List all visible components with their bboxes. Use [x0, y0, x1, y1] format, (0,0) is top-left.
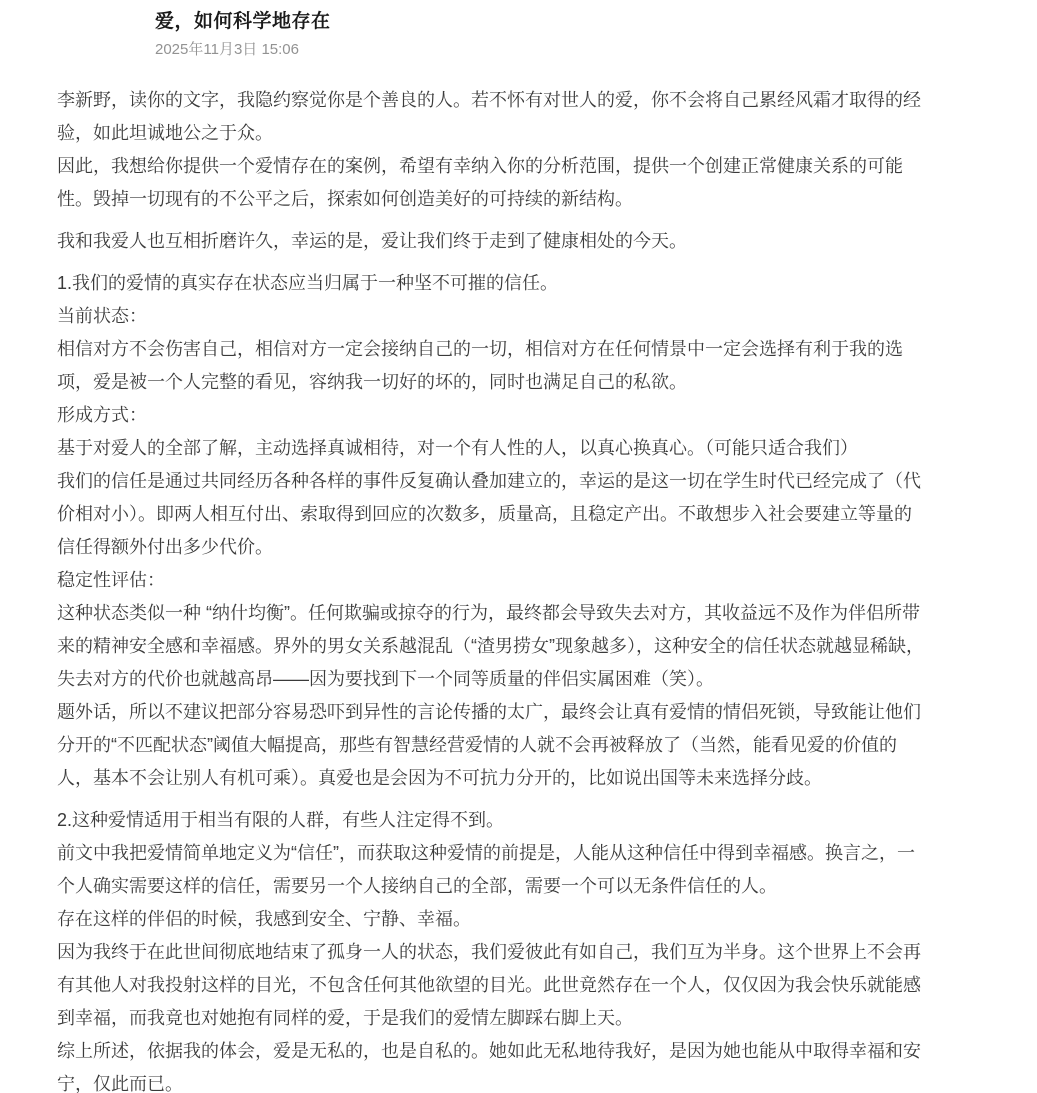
paragraph: 当前状态：	[57, 300, 981, 333]
paragraph: 综上所述，依据我的体会，爱是无私的，也是自私的。她如此无私地待我好，是因为她也能…	[57, 1035, 981, 1093]
text-line: 来的精神安全感和幸福感。界外的男女关系越混乱（“渣男捞女”现象越多），这种安全的…	[57, 630, 981, 663]
text-line: 我们的信任是通过共同经历各种各样的事件反复确认叠加建立的，幸运的是这一切在学生时…	[57, 465, 981, 498]
text-line: 这种状态类似一种 “纳什均衡”。任何欺骗或掠夺的行为，最终都会导致失去对方，其收…	[57, 597, 981, 630]
text-line: 项，爱是被一个人完整的看见，容纳我一切好的坏的，同时也满足自己的私欲。	[57, 366, 981, 399]
text-line: 失去对方的代价也就越高昂——因为要找到下一个同等质量的伴侣实属困难（笑）。	[57, 663, 981, 696]
text-line: 人，基本不会让别人有机可乘）。真爱也是会因为不可抗力分开的，比如说出国等未来选择…	[57, 762, 981, 795]
text-line: 个人确实需要这样的信任，需要另一个人接纳自己的全部，需要一个可以无条件信任的人。	[57, 870, 981, 903]
text-line: 形成方式：	[57, 399, 981, 432]
text-line: 信任得额外付出多少代价。	[57, 531, 981, 564]
text-line: 到幸福，而我竟也对她抱有同样的爱，于是我们的爱情左脚踩右脚上天。	[57, 1002, 981, 1035]
paragraph: 题外话，所以不建议把部分容易恐吓到异性的言论传播的太广，最终会让真有爱情的情侣死…	[57, 696, 981, 795]
text-line: 有其他人对我投射这样的目光，不包含任何其他欲望的目光。此世竟然存在一个人，仅仅因…	[57, 969, 981, 1002]
paragraph: 这种状态类似一种 “纳什均衡”。任何欺骗或掠夺的行为，最终都会导致失去对方，其收…	[57, 597, 981, 696]
paragraph: 因此，我想给你提供一个爱情存在的案例，希望有幸纳入你的分析范围，提供一个创建正常…	[57, 150, 981, 216]
note-body: 李新野，读你的文字，我隐约察觉你是个善良的人。若不怀有对世人的爱，你不会将自己累…	[57, 84, 981, 1093]
paragraph: 稳定性评估：	[57, 564, 981, 597]
text-line: 分开的“不匹配状态”阈值大幅提高，那些有智慧经营爱情的人就不会再被释放了（当然，…	[57, 729, 981, 762]
paragraph: 我们的信任是通过共同经历各种各样的事件反复确认叠加建立的，幸运的是这一切在学生时…	[57, 465, 981, 564]
text-line: 基于对爱人的全部了解，主动选择真诚相待，对一个有人性的人，以真心换真心。（可能只…	[57, 432, 981, 465]
paragraph: 1.我们的爱情的真实存在状态应当归属于一种坚不可摧的信任。	[57, 267, 981, 300]
paragraph: 2.这种爱情适用于相当有限的人群，有些人注定得不到。	[57, 804, 981, 837]
paragraph: 存在这样的伴侣的时候，我感到安全、宁静、幸福。	[57, 903, 981, 936]
note-timestamp: 2025年11月3日 15:06	[155, 41, 1037, 59]
paragraph: 李新野，读你的文字，我隐约察觉你是个善良的人。若不怀有对世人的爱，你不会将自己累…	[57, 84, 981, 150]
text-line: 稳定性评估：	[57, 564, 981, 597]
text-line: 验，如此坦诚地公之于众。	[57, 117, 981, 150]
paragraph: 我和我爱人也互相折磨许久，幸运的是，爱让我们终于走到了健康相处的今天。	[57, 225, 981, 258]
text-line: 因为我终于在此世间彻底地结束了孤身一人的状态，我们爱彼此有如自己，我们互为半身。…	[57, 936, 981, 969]
text-line: 因此，我想给你提供一个爱情存在的案例，希望有幸纳入你的分析范围，提供一个创建正常…	[57, 150, 981, 183]
paragraph: 基于对爱人的全部了解，主动选择真诚相待，对一个有人性的人，以真心换真心。（可能只…	[57, 432, 981, 465]
text-line: 李新野，读你的文字，我隐约察觉你是个善良的人。若不怀有对世人的爱，你不会将自己累…	[57, 84, 981, 117]
text-line: 宁，仅此而已。	[57, 1068, 981, 1093]
text-line: 前文中我把爱情简单地定义为“信任”，而获取这种爱情的前提是，人能从这种信任中得到…	[57, 837, 981, 870]
paragraph: 相信对方不会伤害自己，相信对方一定会接纳自己的一切，相信对方在任何情景中一定会选…	[57, 333, 981, 399]
text-line: 2.这种爱情适用于相当有限的人群，有些人注定得不到。	[57, 804, 981, 837]
text-line: 我和我爱人也互相折磨许久，幸运的是，爱让我们终于走到了健康相处的今天。	[57, 225, 981, 258]
text-line: 相信对方不会伤害自己，相信对方一定会接纳自己的一切，相信对方在任何情景中一定会选…	[57, 333, 981, 366]
text-line: 当前状态：	[57, 300, 981, 333]
text-line: 1.我们的爱情的真实存在状态应当归属于一种坚不可摧的信任。	[57, 267, 981, 300]
note-title: 爱，如何科学地存在	[155, 10, 1037, 33]
text-line: 题外话，所以不建议把部分容易恐吓到异性的言论传播的太广，最终会让真有爱情的情侣死…	[57, 696, 981, 729]
text-line: 性。毁掉一切现有的不公平之后，探索如何创造美好的可持续的新结构。	[57, 183, 981, 216]
text-line: 价相对小）。即两人相互付出、索取得到回应的次数多，质量高，且稳定产出。不敢想步入…	[57, 498, 981, 531]
paragraph: 前文中我把爱情简单地定义为“信任”，而获取这种爱情的前提是，人能从这种信任中得到…	[57, 837, 981, 903]
paragraph: 形成方式：	[57, 399, 981, 432]
text-line: 存在这样的伴侣的时候，我感到安全、宁静、幸福。	[57, 903, 981, 936]
note-header: 爱，如何科学地存在 2025年11月3日 15:06	[0, 0, 1037, 59]
paragraph: 因为我终于在此世间彻底地结束了孤身一人的状态，我们爱彼此有如自己，我们互为半身。…	[57, 936, 981, 1035]
text-line: 综上所述，依据我的体会，爱是无私的，也是自私的。她如此无私地待我好，是因为她也能…	[57, 1035, 981, 1068]
